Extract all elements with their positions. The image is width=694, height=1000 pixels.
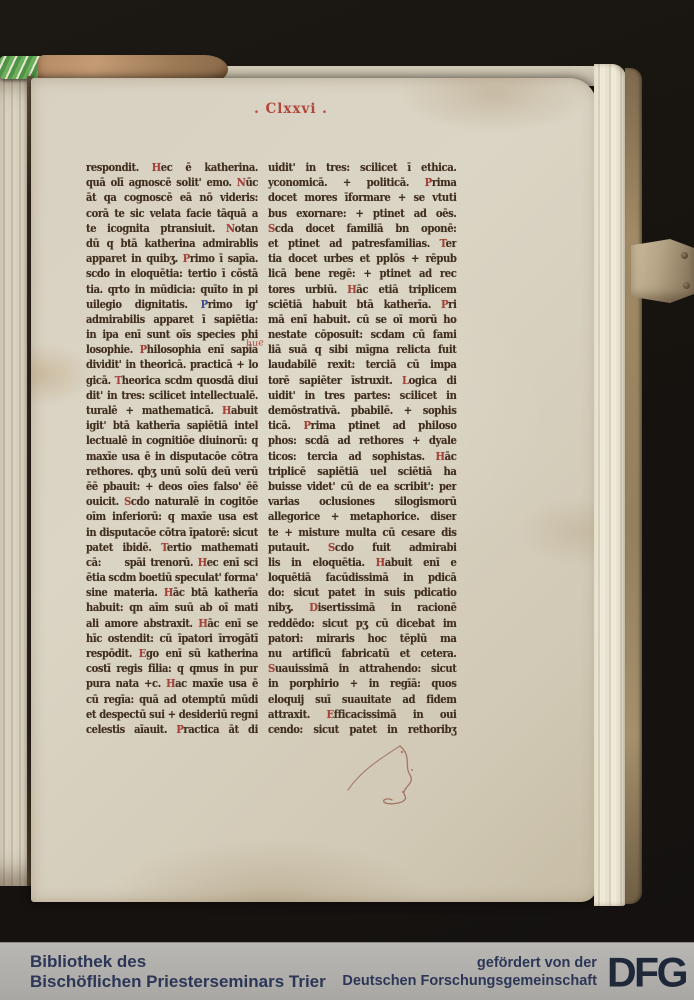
manuscript-line: do: sicut patet in suis pdicatio (268, 585, 456, 600)
manuscript-line: tia docet urbes et pplōs + rēpub (268, 251, 456, 266)
manuscript-line: et ptinet ad patresfamilias. Ter (268, 236, 456, 251)
manuscript-line: liā suā q sibi mīgna relicta fuit (268, 342, 456, 357)
manuscript-line: lis in eloquētia. Habuit enī e (268, 555, 456, 570)
dfg-logo: DFG (607, 951, 686, 993)
manuscript-line: oīm inferiorū: q maxīe usa est (86, 509, 258, 524)
manuscript-line: celestis aīauit. Practica āt di (86, 722, 258, 737)
manuscript-line: gicā. Theorica scdm quosdā diui (86, 373, 258, 388)
manuscript-line: Scda docet familiā bn oponē: (268, 221, 456, 236)
library-name-line1: Bibliothek des (30, 952, 326, 972)
manuscript-line: turalē + mathematicā. Habuit (86, 403, 258, 418)
manuscript-line: rethores. qbʒ unū solū deū verū (86, 464, 258, 479)
manuscript-line: nibʒ. Disertissimā in racionē (268, 600, 456, 615)
manuscript-line: cā: spāi trenorū. Hec enī sci (86, 555, 258, 570)
text-column-left: respondit. Hec ē katherina.quā olī agnos… (86, 160, 258, 737)
manuscript-line: habuit: qn aīm suū ab oī mati (86, 600, 258, 615)
manuscript-line: uidit' in tres: scilicet ī ethica. (268, 160, 456, 175)
manuscript-line: laudabilē rexit: terciā cū impa (268, 357, 456, 372)
manuscript-line: buisse videt' cū de ea scribit': per (268, 479, 456, 494)
manuscript-line: loquētiā facūdissimā in pdicā (268, 570, 456, 585)
manuscript-line: bus exornare: + ptinet ad oēs. (268, 206, 456, 221)
manuscript-line: torē sapiēter īstruxit. Logica di (268, 373, 456, 388)
marginal-gloss: hue (245, 337, 264, 350)
manuscript-line: in ipa enī sunt oīs species phi (86, 327, 258, 342)
manuscript-line: demōstrativā. pbabilē. + sophis (268, 403, 456, 418)
funding-credit-line1: gefördert von der (342, 954, 597, 972)
manuscript-line: varias oclusiones silogismorū (268, 494, 456, 509)
manuscript-line: Suauissimā in attrahendo: sicut (268, 661, 456, 676)
clasp-rivet (683, 282, 690, 289)
manuscript-line: ēē pbauit: + deos oīes falso' ēē (86, 479, 258, 494)
manuscript-line: in porphirio + in regīā: quos (268, 676, 456, 691)
manuscript-line: uilegio dignitatis. Primo ig' (86, 297, 258, 312)
manuscript-line: yconomicā. + politicā. Prima (268, 175, 456, 190)
manuscript-line: lectualē in cognitiōe diuinorū: q (86, 433, 258, 448)
library-name: Bibliothek des Bischöflichen Priestersem… (30, 952, 326, 993)
manuscript-line: reddēdo: sicut pʒ cū dicebat im (268, 616, 456, 631)
manuscript-line: licā bene regē: + ptinet ad rec (268, 266, 456, 281)
manuscript-line: dū q btā katherina admirablis (86, 236, 258, 251)
manuscript-line: quā olī agnoscē solit' emo. Nūc (86, 175, 258, 190)
manuscript-line: tores urbiū. Hāc etiā triplicem (268, 282, 456, 297)
manuscript-line: patet ibidē. Tertio mathemati (86, 540, 258, 555)
manuscript-line: sciētiā habuit btā katherīa. Pri (268, 297, 456, 312)
footer-bar: Bibliothek des Bischöflichen Priestersem… (0, 942, 694, 1000)
manuscript-line: nestate cōposuit: scdam cū fami (268, 327, 456, 342)
left-page-edges (0, 74, 30, 886)
text-column-right: uidit' in tres: scilicet ī ethica.yconom… (268, 160, 456, 737)
manuscript-line: mā enī habuit. cū se oī morū ho (268, 312, 456, 327)
manuscript-line: āt qa cognoscē eā nō videris: (86, 190, 258, 205)
manuscript-line: uidit' in tres partes: scilicet in (268, 388, 456, 403)
digitized-manuscript-photo: . Clxxvi . respondit. Hec ē katherina.qu… (0, 0, 694, 1000)
manuscript-line: te icognita ptransiuit. Notan (86, 221, 258, 236)
manuscript-line: igit' btā katherīa sapiētiā intel (86, 418, 258, 433)
manuscript-line: eloquij suī suauitate ad fidem (268, 692, 456, 707)
metal-clasp (631, 239, 694, 303)
manuscript-line: tia. qrto in mūdicia: quīto in pi (86, 282, 258, 297)
manuscript-line: allegorice + metaphorice. diser (268, 509, 456, 524)
manuscript-line: ouicit. Scdo naturalē in cogitōe (86, 494, 258, 509)
manuscript-line: apparet in quibʒ. Primo ī sapīa. (86, 251, 258, 266)
manuscript-line: costī regis filia: q qmus in pur (86, 661, 258, 676)
manuscript-line: sine materia. Hāc btā katherīa (86, 585, 258, 600)
clasp-rivet (681, 252, 688, 259)
manuscript-line: pura nata +c. Hac maxīe usa ē (86, 676, 258, 691)
manuscript-line: scdo in eloquētia: tertio ī cōstā (86, 266, 258, 281)
manuscript-line: losophie. Philosophia enī sapīa (86, 342, 258, 357)
manuscript-line: ticā. Prima ptinet ad philoso (268, 418, 456, 433)
manuscript-line: maxīe usa ē in disputacōe cōtra (86, 449, 258, 464)
manuscript-line: dividit' in theoricā. practicā + lo (86, 357, 258, 372)
manuscript-line: phos: scdā ad rethores + dyale (268, 433, 456, 448)
library-name-line2: Bischöflichen Priesterseminars Trier (30, 972, 326, 992)
manuscript-line: admirabilis apparet ī sapiētia: (86, 312, 258, 327)
folio-number: . Clxxvi . (236, 101, 346, 117)
manuscript-line: nu artificū fabricatū et cetera. (268, 646, 456, 661)
manuscript-line: te + misture multa cū cesare dis (268, 525, 456, 540)
book-cover-fore-edge (625, 68, 642, 904)
manuscript-line: attraxit. Efficacissimā in oui (268, 707, 456, 722)
manuscript-line: putauit. Scdo fuit admirabi (268, 540, 456, 555)
manuscript-line: hīc ostendit: cū īpatori īrrogātī (86, 631, 258, 646)
manuscript-line: dit' in tres: scilicet intellectualē. na (86, 388, 258, 403)
right-page-stack-edge (594, 64, 626, 906)
funding-credit-line2: Deutschen Forschungsgemeinschaft (342, 972, 597, 990)
manuscript-line: docet mores īformare + se vtuti (268, 190, 456, 205)
funding-credit: gefördert von der Deutschen Forschungsge… (342, 954, 597, 990)
manuscript-line: ētia scdm boetiū speculat' forma' (86, 570, 258, 585)
manuscript-line: respōdit. Ego enī sū katherina (86, 646, 258, 661)
manuscript-line: ali amore abstraxit. Hāc enī se (86, 616, 258, 631)
manuscript-line: cū regīa: quā ad otemptū mūdi (86, 692, 258, 707)
manuscript-line: triplicē sapiētiā uel sciētiā ha (268, 464, 456, 479)
manuscript-line: ticos: tercia ad sophistas. Hāc (268, 449, 456, 464)
pen-flourish-icon (342, 740, 442, 810)
manuscript-line: corā te sic velata facie tāquā a (86, 206, 258, 221)
manuscript-line: et despectū sui + desideriū regni (86, 707, 258, 722)
manuscript-line: respondit. Hec ē katherina. (86, 160, 258, 175)
manuscript-line: in disputacōe cōtra īpatorē: sicut (86, 525, 258, 540)
manuscript-line: patori: miraris hoc tēplū ma (268, 631, 456, 646)
manuscript-line: cendo: sicut patet in rethoribʒ (268, 722, 456, 737)
